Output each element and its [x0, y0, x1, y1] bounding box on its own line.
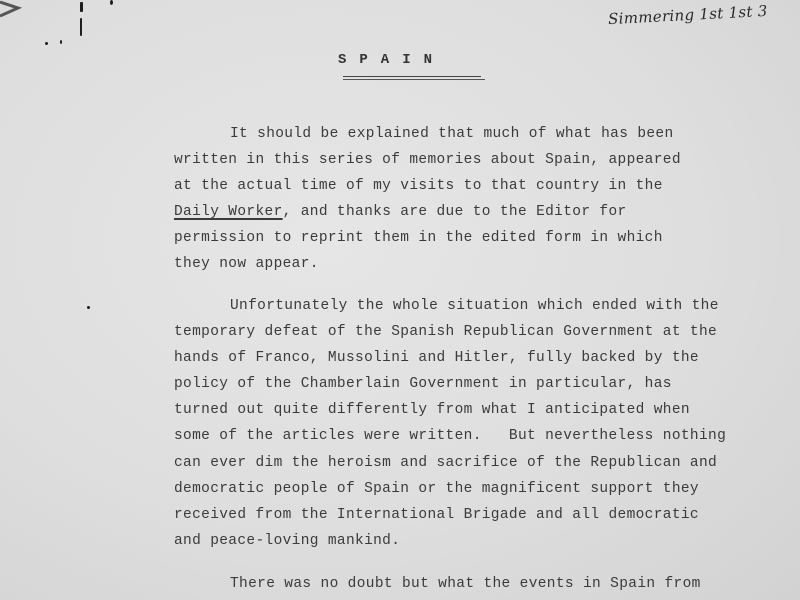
paragraph-2-line: turned out quite differently from what I… [174, 401, 690, 419]
paragraph-2-line: temporary defeat of the Spanish Republic… [174, 323, 717, 341]
ink-speck [87, 306, 90, 309]
title-underline [343, 79, 485, 80]
paragraph-2-line: received from the International Brigade … [174, 506, 699, 524]
ink-mark [110, 0, 113, 5]
page-title: SPAIN [338, 52, 486, 68]
paragraph-2-line: and peace-loving mankind. [174, 532, 400, 550]
newspaper-title: Daily Worker [174, 204, 283, 220]
typed-document-page: Simmering 1st 1st 3 SPAIN It should be e… [0, 0, 800, 600]
paragraph-3-line: There was no doubt but what the events i… [230, 575, 701, 593]
paragraph-1-line: permission to reprint them in the edited… [174, 229, 663, 247]
paragraph-1-line: at the actual time of my visits to that … [174, 177, 663, 195]
paragraph-2-line: democratic people of Spain or the magnif… [174, 480, 699, 498]
paragraph-2-line: can ever dim the heroism and sacrifice o… [174, 454, 717, 472]
ink-mark [80, 2, 83, 12]
line-text: , and thanks are due to the Editor for [283, 204, 627, 220]
paragraph-2-line: policy of the Chamberlain Government in … [174, 375, 672, 393]
paragraph-2-line: Unfortunately the whole situation which … [230, 297, 719, 315]
handwritten-note: Simmering 1st 1st 3 [608, 2, 768, 28]
ink-mark [45, 42, 48, 45]
paragraph-2-line: some of the articles were written. But n… [174, 427, 726, 445]
title-underline [343, 76, 481, 77]
paragraph-1-line: they now appear. [174, 255, 319, 273]
paragraph-2-line: hands of Franco, Mussolini and Hitler, f… [174, 349, 699, 367]
paragraph-1-line: It should be explained that much of what… [230, 125, 674, 143]
corner-fold-mark [0, 0, 40, 20]
paragraph-1-line: Daily Worker, and thanks are due to the … [174, 203, 627, 221]
ink-mark [80, 18, 82, 36]
paragraph-1-line: written in this series of memories about… [174, 151, 681, 169]
ink-mark [60, 40, 62, 44]
